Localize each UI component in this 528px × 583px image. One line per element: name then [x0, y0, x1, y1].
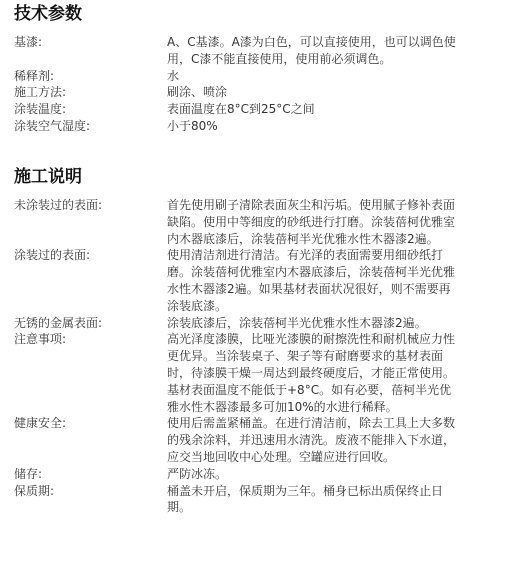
instruction-label: 健康安全: [14, 415, 167, 465]
instruction-row-notes: 注意事项: 高光泽度漆膜，比哑光漆膜的耐擦洗性和耐机械应力性更优异。当涂装桌子、… [14, 331, 514, 415]
technical-parameters-list: 基漆: A、C基漆。A漆为白色，可以直接使用，也可以调色使用，C漆不能直接使用，… [14, 34, 514, 135]
spec-row-air-humidity: 涂装空气湿度: 小于80% [14, 118, 514, 135]
section-title-technical-parameters: 技术参数 [14, 3, 514, 25]
instruction-row-health-safety: 健康安全: 使用后需盖紧桶盖。在进行清洁前，除去工具上大多数的残余涂料，并迅速用… [14, 415, 514, 465]
spec-value: 刷涂、喷涂 [167, 84, 459, 101]
instruction-row-rust-free-metal: 无锈的金属表面: 涂装底漆后，涂装蓓柯半光优雅水性木器漆2遍。 [14, 315, 514, 332]
instruction-value: 严防冰冻。 [167, 466, 459, 483]
spec-value: A、C基漆。A漆为白色，可以直接使用，也可以调色使用，C漆不能直接使用，使用前必… [167, 34, 459, 68]
spec-label: 涂装空气湿度: [14, 118, 167, 135]
instruction-row-unpainted-surface: 未涂装过的表面: 首先使用刷子清除表面灰尘和污垢。使用腻子修补表面缺陷。使用中等… [14, 197, 514, 247]
instruction-label: 保质期: [14, 483, 167, 517]
instruction-row-painted-surface: 涂装过的表面: 使用清洁剂进行清洁。有光泽的表面需要用细砂纸打磨。涂装蓓柯优雅室… [14, 247, 514, 314]
technical-parameters-section: 技术参数 基漆: A、C基漆。A漆为白色，可以直接使用，也可以调色使用，C漆不能… [14, 3, 514, 135]
spec-value: 小于80% [167, 118, 459, 135]
instruction-value: 使用清洁剂进行清洁。有光泽的表面需要用细砂纸打磨。涂装蓓柯优雅室内木器底漆后，涂… [167, 247, 459, 314]
instruction-label: 无锈的金属表面: [14, 315, 167, 332]
instruction-value: 首先使用刷子清除表面灰尘和污垢。使用腻子修补表面缺陷。使用中等细度的砂纸进行打磨… [167, 197, 459, 247]
application-instructions-list: 未涂装过的表面: 首先使用刷子清除表面灰尘和污垢。使用腻子修补表面缺陷。使用中等… [14, 197, 514, 516]
instruction-value: 涂装底漆后，涂装蓓柯半光优雅水性木器漆2遍。 [167, 315, 459, 332]
spec-label: 涂装温度: [14, 101, 167, 118]
instruction-value: 使用后需盖紧桶盖。在进行清洁前，除去工具上大多数的残余涂料，并迅速用水清洗。废液… [167, 415, 459, 465]
spec-row-thinner: 稀释剂: 水 [14, 68, 514, 85]
instruction-value: 高光泽度漆膜，比哑光漆膜的耐擦洗性和耐机械应力性更优异。当涂装桌子、架子等有耐磨… [167, 331, 459, 415]
spec-row-application-temperature: 涂装温度: 表面温度在8°C到25°C之间 [14, 101, 514, 118]
spec-row-application-method: 施工方法: 刷涂、喷涂 [14, 84, 514, 101]
spec-value: 水 [167, 68, 459, 85]
instruction-row-shelf-life: 保质期: 桶盖未开启，保质期为三年。桶身已标出质保终止日期。 [14, 483, 514, 517]
instruction-label: 涂装过的表面: [14, 247, 167, 314]
spec-label: 基漆: [14, 34, 167, 68]
spec-label: 施工方法: [14, 84, 167, 101]
section-title-application-instructions: 施工说明 [14, 166, 514, 188]
instruction-label: 未涂装过的表面: [14, 197, 167, 247]
instruction-row-storage: 储存: 严防冰冻。 [14, 466, 514, 483]
instruction-label: 注意事项: [14, 331, 167, 415]
spec-label: 稀释剂: [14, 68, 167, 85]
instruction-value: 桶盖未开启，保质期为三年。桶身已标出质保终止日期。 [167, 483, 459, 517]
instruction-label: 储存: [14, 466, 167, 483]
application-instructions-section: 施工说明 未涂装过的表面: 首先使用刷子清除表面灰尘和污垢。使用腻子修补表面缺陷… [14, 166, 514, 516]
spec-row-base-paint: 基漆: A、C基漆。A漆为白色，可以直接使用，也可以调色使用，C漆不能直接使用，… [14, 34, 514, 68]
spec-value: 表面温度在8°C到25°C之间 [167, 101, 459, 118]
